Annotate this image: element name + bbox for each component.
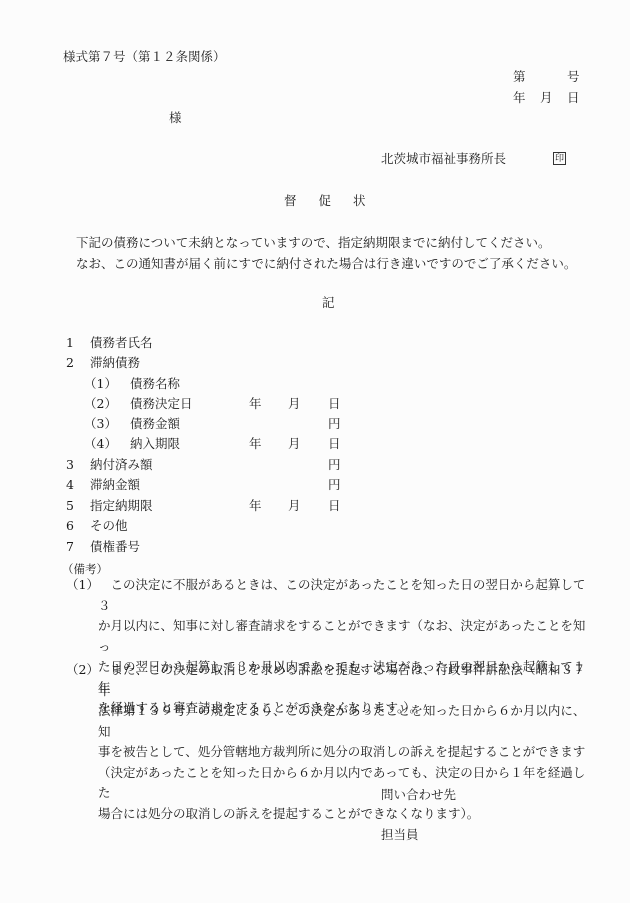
issuer-name: 北茨城市福祉事務所長 — [381, 153, 506, 166]
item-row: （4） 納入期限 年 月 日 — [0, 438, 630, 456]
date-month: 月 — [540, 92, 553, 105]
ki-heading: 記 — [322, 297, 335, 310]
doc-number-suffix: 号 — [567, 71, 580, 84]
intro-line-1: 下記の債務について未納となっていますので、指定納期限までに納付してください。 — [76, 237, 551, 250]
intro-line-2: なお、この通知書が届く前にすでに納付された場合は行き違いですのでご了承ください。 — [76, 258, 576, 271]
date-year: 年 — [513, 92, 526, 105]
item-row: （2） 債務決定日 年 月 日 — [0, 398, 630, 416]
item-row: （1） 債務名称 — [0, 378, 630, 396]
item-row: （3） 債務金額 円 — [0, 418, 630, 436]
date-day: 日 — [567, 92, 580, 105]
staff-label: 担当員 — [381, 829, 419, 842]
item-row: 3 納付済み額 円 — [0, 459, 630, 477]
item-row: 7 債権番号 — [0, 541, 630, 559]
addressee-honorific: 様 — [169, 112, 182, 125]
form-number: 様式第７号（第１２条関係） — [63, 51, 226, 64]
item-row: 2 滞納債務 — [0, 357, 630, 375]
item-row: 6 その他 — [0, 520, 630, 538]
contact-label: 問い合わせ先 — [381, 789, 456, 802]
item-row: 1 債務者氏名 — [0, 337, 630, 355]
seal-icon: 印 — [553, 152, 566, 165]
doc-number-prefix: 第 — [513, 71, 526, 84]
notes-heading: （備考） — [62, 564, 108, 576]
item-row: 4 滞納金額 円 — [0, 479, 630, 497]
document-title: 督促状 — [284, 195, 388, 208]
item-row: 5 指定納期限 年 月 日 — [0, 500, 630, 518]
note-text: また、この決定の取消しを求める訴訟を提起する場合は、行政事件訴訟法（昭和３７年 … — [98, 660, 596, 824]
